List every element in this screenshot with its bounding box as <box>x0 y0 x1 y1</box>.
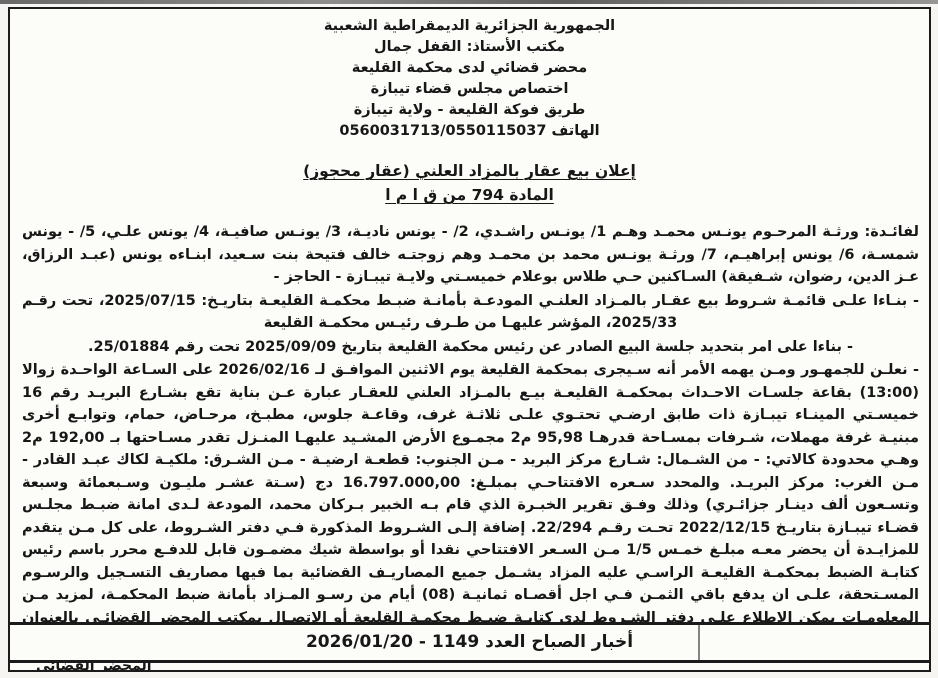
paragraph-conditions-file: - بنـاءا علـى قائمـة شـروط بيع عقـار بال… <box>22 290 919 335</box>
paragraph-beneficiaries: لفائـدة: ورثـة المرحـوم يونـس محمـد وهـم… <box>22 221 919 289</box>
paragraph-auction-details: - نعلـن للجمهـور ومـن يهمه الأمر أنه سـي… <box>22 359 919 652</box>
notice-title-block: إعلان بيع عقار بالمزاد العلني (عقار محجو… <box>10 159 929 207</box>
notice-article-reference: المادة 794 من ق ا م ا <box>10 183 929 207</box>
header-office-line: مكتب الأستاذ: القفل جمال <box>10 37 929 58</box>
newspaper-footer-band: أخبار الصباح العدد 1149 - 2026/01/20 <box>10 622 929 663</box>
header-republic-line: الجمهورية الجزائرية الديمقراطية الشعبية <box>10 16 929 37</box>
header-address-line: طريق فوكة القليعة - ولاية تيبازة <box>10 100 929 121</box>
newspaper-footer-text: أخبار الصباح العدد 1149 - 2026/01/20 <box>306 632 633 652</box>
scan-crease-artifact <box>698 625 700 660</box>
header-jurisdiction-line: اختصاص مجلس قضاء تيبازة <box>10 79 929 100</box>
header-bailiff-line: محضر قضائي لدى محكمة القليعة <box>10 58 929 79</box>
document-page: الجمهورية الجزائرية الديمقراطية الشعبية … <box>8 7 931 672</box>
notice-title: إعلان بيع عقار بالمزاد العلني (عقار محجو… <box>10 159 929 183</box>
letterhead: الجمهورية الجزائرية الديمقراطية الشعبية … <box>10 16 929 142</box>
scanned-page-background: الجمهورية الجزائرية الديمقراطية الشعبية … <box>0 0 938 678</box>
header-phone-line: الهاتف 0560031713/0550115037 <box>10 121 929 142</box>
notice-body: لفائـدة: ورثـة المرحـوم يونـس محمـد وهـم… <box>10 221 929 670</box>
paragraph-sale-order: - بناءا على امر بتحديد جلسة البيع الصادر… <box>22 336 919 359</box>
scan-edge-artifact <box>0 0 938 4</box>
